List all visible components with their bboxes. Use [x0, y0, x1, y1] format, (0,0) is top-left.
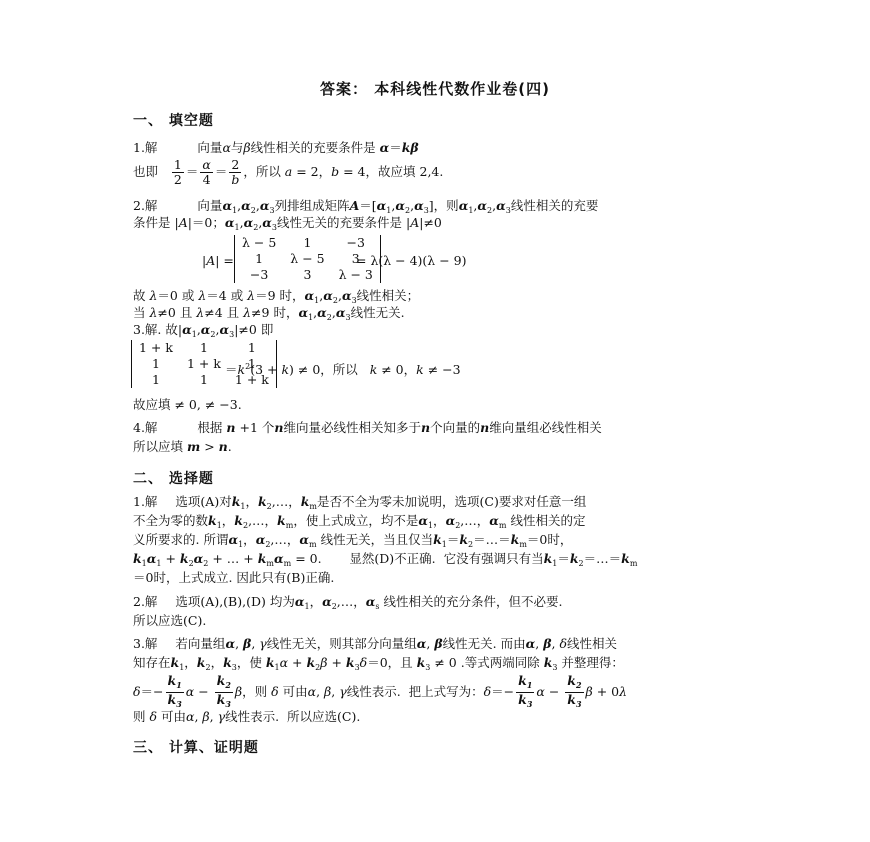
answer-1-3-line-3: 故应填 ≠ 0, ≠ −3.: [133, 397, 242, 413]
det-result: = λ(λ − 4)(λ − 9): [356, 253, 466, 268]
answer-2-1-line-2: 不全为零的数k1，k2,…，km，使上式成立，均不是α1，α2,…，αm 线性相…: [133, 513, 585, 534]
answer-1-2-line-2: 条件是 |A|＝0；α1,α2,α3线性无关的充要条件是 |A|≠0: [133, 215, 442, 236]
answer-2-3-line-1: 3.解 若向量组α, β, γ线性无关，则其部分向量组α, β线性无关. 而由α…: [133, 636, 617, 652]
det-2-result: ＝k2(3 + k) ≠ 0，所以 k ≠ 0，k ≠ −3: [225, 360, 461, 378]
answer-1-4-line-1: 4.解 根据 n +1 个n维向量必线性相关知多于n个向量的n维向量组必线性相关: [133, 420, 602, 436]
answer-2-1-line-5: ＝0时，上式成立. 因此只有(B)正确.: [133, 570, 334, 586]
answer-2-3-line-4: 则 δ 可由α, β, γ线性表示. 所以应选(C).: [133, 709, 360, 725]
answer-1-1-line-1: 1.解 向量α与β线性相关的充要条件是 α＝kβ: [133, 140, 419, 156]
section-heading-computation-proof: 三、 计算、证明题: [133, 737, 259, 757]
answer-2-2-line-2: 所以应选(C).: [133, 613, 206, 629]
answer-2-3-line-3: δ＝−k1k3α − k2k3β，则 δ 可由α, β, γ线性表示. 把上式写…: [133, 674, 627, 711]
answer-2-1-line-3: 义所要求的. 所谓α1，α2,…，αm 线性无关，当且仅当k1＝k2＝…＝km＝…: [133, 532, 572, 553]
det-a-label: |A| =: [202, 253, 234, 268]
document-page: 答案： 本科线性代数作业卷(四) 一、 填空题 1.解 向量α与β线性相关的充要…: [0, 0, 870, 842]
section-heading-fill-in: 一、 填空题: [133, 110, 214, 130]
answer-1-4-line-2: 所以应填 m > n.: [133, 439, 232, 455]
answer-2-1-line-4: k1α1 + k2α2 + … + kmαm = 0. 显然(D)不正确. 它没…: [133, 551, 637, 572]
section-heading-multiple-choice: 二、 选择题: [133, 468, 214, 488]
answer-label: 1.解: [133, 140, 157, 155]
answer-1-1-line-2: 也即 12＝α4＝2b，所以 a = 2，b = 4，故应填 2,4.: [133, 158, 443, 187]
answer-2-2-line-1: 2.解 选项(A),(B),(D) 均为α1，α2,…，αs 线性相关的充分条件…: [133, 594, 562, 615]
answer-2-1-line-1: 1.解 选项(A)对k1，k2,…，km是否不全为零未加说明，选项(C)要求对任…: [133, 494, 586, 515]
page-title: 答案： 本科线性代数作业卷(四): [0, 78, 870, 99]
answer-2-3-line-2: 知存在k1，k2，k3，使 k1α + k2β + k3δ＝0，且 k3 ≠ 0…: [133, 655, 624, 676]
